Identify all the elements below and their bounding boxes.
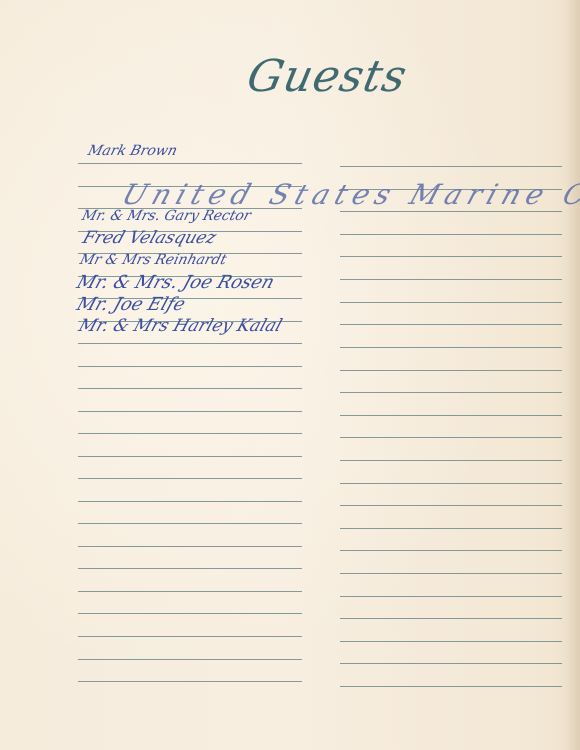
guest-entry: Mr. & Mrs Harley Kalal [76, 316, 285, 336]
signature-line [340, 166, 562, 167]
guest-entry: Fred Velasquez [80, 228, 219, 248]
signature-line [78, 433, 302, 434]
signature-line [340, 370, 562, 371]
guest-entry: Mark Brown [86, 143, 179, 159]
signature-line [78, 523, 302, 524]
signature-line [340, 234, 562, 235]
guest-entry: Mr. & Mrs. Joe Rosen [74, 272, 277, 293]
signature-line [78, 659, 302, 660]
signature-line [340, 505, 562, 506]
signature-line [78, 411, 302, 412]
signature-line [340, 279, 562, 280]
signature-line [78, 163, 302, 164]
signature-line [78, 613, 302, 614]
signature-line [78, 636, 302, 637]
signature-line [78, 456, 302, 457]
signature-line [340, 302, 562, 303]
signature-line [340, 483, 562, 484]
signature-line [78, 501, 302, 502]
signature-line [78, 591, 302, 592]
signature-line [340, 256, 562, 257]
signature-line [340, 392, 562, 393]
page-edge-shadow [566, 0, 580, 750]
guest-entry: Mr. & Mrs. Gary Rector [80, 208, 253, 224]
signature-line [340, 415, 562, 416]
signature-line [340, 460, 562, 461]
guest-entry: Mr. Joe Elfe [74, 294, 188, 315]
guestbook-page: Guests Mark Brown United States Marine C… [0, 0, 580, 750]
signature-line [340, 211, 562, 212]
signature-line [78, 478, 302, 479]
signature-line [340, 573, 562, 574]
page-title: Guests [241, 42, 396, 112]
signature-line [340, 663, 562, 664]
signature-line [78, 568, 302, 569]
signature-line [340, 528, 562, 529]
signature-line [78, 681, 302, 682]
signature-line [340, 324, 562, 325]
signature-line [340, 550, 562, 551]
signature-line [340, 347, 562, 348]
signature-line [340, 437, 562, 438]
guest-entry: Mr & Mrs Reinhardt [78, 252, 228, 268]
signature-line [340, 686, 562, 687]
signature-line [340, 618, 562, 619]
signature-line [340, 596, 562, 597]
signature-line [340, 641, 562, 642]
signature-line [78, 546, 302, 547]
signature-line [78, 366, 302, 367]
guest-entry-banner: United States Marine Corps [118, 178, 580, 211]
signature-line [78, 388, 302, 389]
signature-line [78, 343, 302, 344]
